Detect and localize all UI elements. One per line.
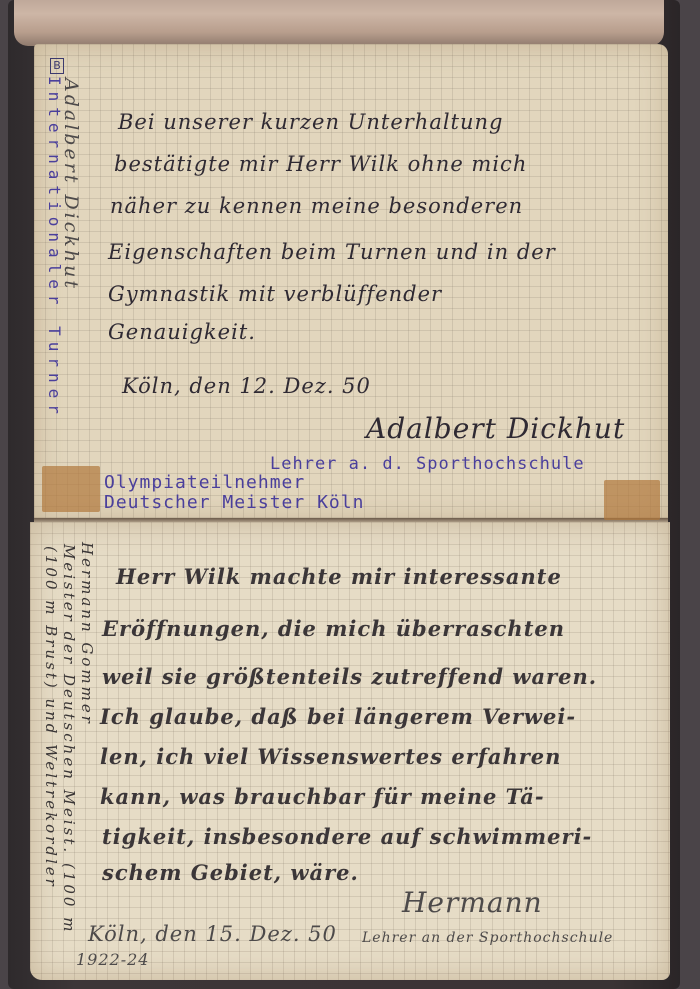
upper-annotation-line: Olympiateilnehmer — [104, 472, 305, 493]
lower-margin-line: Hermann Gommer — [78, 542, 96, 726]
upper-margin-blue: Internationaler Turner — [45, 76, 64, 420]
lower-body-line: len, ich viel Wissenswertes erfahren — [100, 744, 561, 769]
margin-box-letter: B — [50, 58, 64, 74]
upper-body-line: bestätigte mir Herr Wilk ohne mich — [114, 152, 527, 176]
upper-body-line: Eigenschaften beim Turnen und in der — [108, 240, 556, 264]
lower-margin-line: (100 m Brust) und Weltrekordler — [42, 546, 60, 889]
lower-body-line: Eröffnungen, die mich überraschten — [102, 616, 565, 641]
lower-body-line: schem Gebiet, wäre. — [102, 860, 359, 885]
tape-strip — [42, 466, 100, 512]
lower-body-line: kann, was brauchbar für meine Tä- — [100, 784, 545, 809]
tape-strip — [604, 480, 660, 520]
upper-body-line: Gymnastik mit verblüffender — [108, 282, 442, 306]
lower-body-line: tigkeit, insbesondere auf schwimmeri- — [102, 824, 592, 849]
lower-annotation: Lehrer an der Sporthochschule — [362, 930, 613, 946]
upper-body-line: näher zu kennen meine besonderen — [110, 194, 523, 218]
lower-body-line: Ich glaube, daß bei längerem Verwei- — [100, 704, 576, 729]
page-stack-edge — [14, 0, 664, 46]
lower-signature: Hermann — [402, 886, 543, 919]
upper-page: Bei unserer kurzen Unterhaltung bestätig… — [34, 44, 668, 522]
lower-margin-years: 1922-24 — [76, 950, 149, 969]
upper-date: Köln, den 12. Dez. 50 — [122, 374, 371, 398]
upper-body-line: Genauigkeit. — [108, 320, 256, 344]
lower-body-line: weil sie größtenteils zutreffend waren. — [102, 664, 597, 689]
lower-margin-line: Meister der Deutschen Meist. (100 m — [60, 544, 78, 934]
upper-annotation-line: Lehrer a. d. Sporthochschule — [270, 454, 585, 474]
upper-signature: Adalbert Dickhut — [366, 412, 625, 445]
upper-annotation-line: Deutscher Meister Köln — [104, 492, 364, 513]
lower-page: Herr Wilk machte mir interessante Eröffn… — [30, 522, 670, 980]
lower-date: Köln, den 15. Dez. 50 — [88, 922, 337, 946]
lower-body-line: Herr Wilk machte mir interessante — [116, 564, 562, 589]
upper-body-line: Bei unserer kurzen Unterhaltung — [118, 110, 504, 134]
